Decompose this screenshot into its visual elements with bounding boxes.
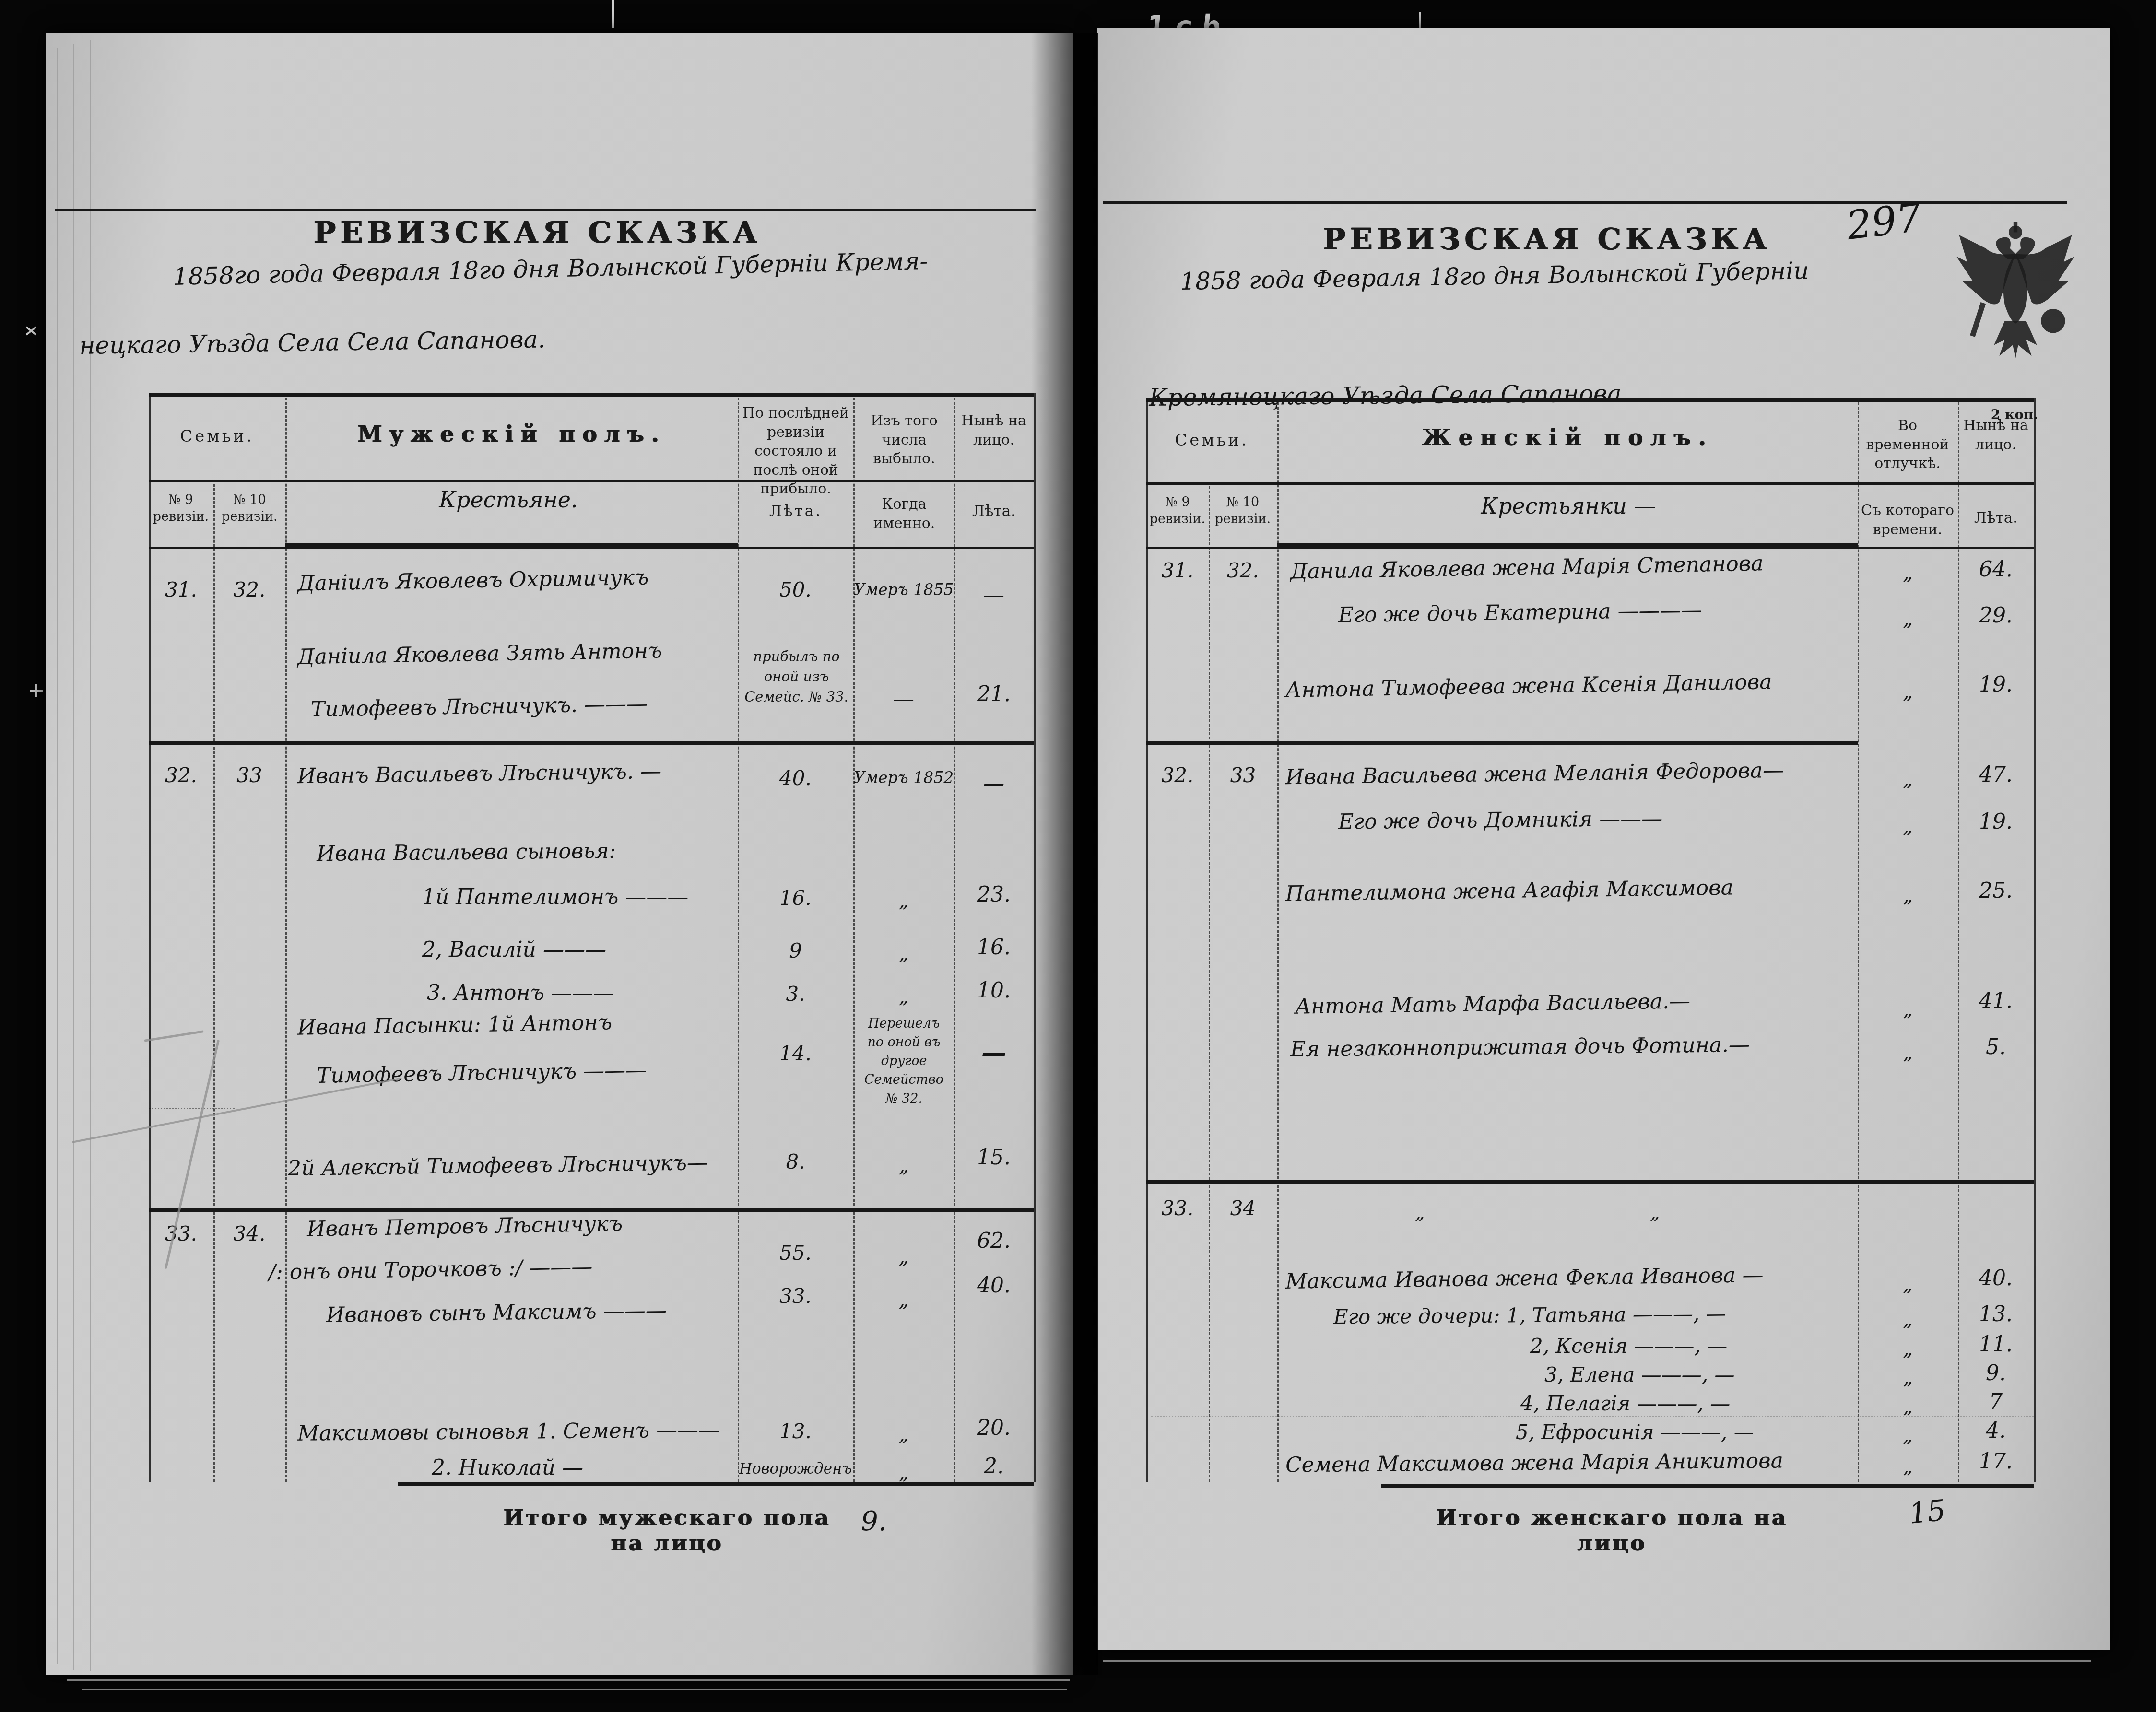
ditto-mark: „ bbox=[1858, 815, 1958, 837]
column-line bbox=[1277, 398, 1279, 1482]
age-value: 4. bbox=[1958, 1419, 2034, 1443]
age-value: 40. bbox=[1958, 1266, 2034, 1290]
age-value: 5. bbox=[1958, 1035, 2034, 1059]
col-estate-handwritten: Крестьянки — bbox=[1377, 493, 1760, 519]
age-last-revision: 16. bbox=[738, 886, 853, 910]
rev10-number: 33 bbox=[1209, 763, 1277, 787]
age-now: — bbox=[954, 771, 1034, 796]
entry-name: Его же дочь Домникія ——— bbox=[1338, 806, 1663, 834]
column-line bbox=[853, 393, 855, 1482]
family-separator bbox=[1146, 1180, 2034, 1184]
age-now: 20. bbox=[954, 1416, 1034, 1440]
age-value: 47. bbox=[1958, 762, 2034, 787]
col-estate-handwritten: Крестьяне. bbox=[345, 487, 672, 513]
ditto-mark: „ bbox=[1858, 1338, 1958, 1360]
page-total-value: 15 bbox=[1908, 1493, 1947, 1531]
age-last-revision: 8. bbox=[738, 1150, 853, 1173]
col-years2: Лѣта. bbox=[955, 503, 1032, 520]
age-last-revision: 9 bbox=[738, 939, 853, 962]
entry-name: 4, Пелагія ———, — bbox=[1520, 1392, 1730, 1415]
sheet-edge bbox=[82, 1689, 1067, 1690]
age-now: — bbox=[954, 583, 1034, 607]
arrival-note: прибылъ по оной изъ Семейс. № 33. bbox=[742, 646, 850, 707]
ditto-mark: „ bbox=[853, 890, 954, 912]
sheet-edge bbox=[57, 48, 58, 1664]
age-now: 40. bbox=[954, 1273, 1034, 1298]
rev9-number: 32. bbox=[149, 763, 213, 787]
header-place-line: Кремянецкаго Уѣзда Села Сапанова. bbox=[1149, 379, 1629, 411]
col-absence: Во временной отлучкѣ. bbox=[1860, 416, 1955, 473]
age-value: 13. bbox=[1958, 1302, 2034, 1326]
age-now: 10. bbox=[954, 978, 1034, 1003]
age-now: 62. bbox=[954, 1229, 1034, 1253]
entry-name: 3. Антонъ ——— bbox=[427, 981, 614, 1005]
column-line bbox=[1209, 482, 1210, 1482]
table-border bbox=[149, 393, 151, 1482]
departed-note: Умеръ 1855 bbox=[853, 580, 954, 599]
sheet-edge bbox=[73, 44, 74, 1670]
age-value: 64. bbox=[1958, 557, 2034, 582]
table-rule bbox=[149, 480, 1034, 482]
margin-speck bbox=[35, 684, 37, 697]
sheet-edge bbox=[90, 40, 91, 1671]
table-rule bbox=[1146, 398, 2034, 402]
col-years: Лѣта. bbox=[1959, 509, 2032, 527]
column-line bbox=[738, 393, 739, 1482]
age-now: — bbox=[954, 1038, 1034, 1067]
family-separator bbox=[1146, 741, 1858, 745]
page-number: 297 bbox=[1844, 195, 1924, 249]
age-last-revision: 13. bbox=[738, 1419, 853, 1443]
age-value: 41. bbox=[1958, 989, 2034, 1013]
age-value: 7 bbox=[1958, 1390, 2034, 1414]
col-last-revision: По послѣдней ревизіи состояло и послѣ он… bbox=[741, 404, 850, 499]
ditto-mark: „ bbox=[1858, 1455, 1958, 1477]
entry-name: Его же дочь Екатерина ———— bbox=[1338, 598, 1702, 628]
ditto-mark: „ bbox=[1858, 681, 1958, 703]
table-border bbox=[1034, 393, 1036, 1482]
ditto-mark: „ bbox=[1858, 998, 1958, 1020]
imperial-eagle-stamp-icon bbox=[1948, 222, 2083, 389]
ditto-mark: „ bbox=[853, 1462, 954, 1484]
column-line bbox=[285, 393, 287, 1482]
age-value: 19. bbox=[1958, 809, 2034, 834]
col-since: Съ котораго времени. bbox=[1860, 501, 1955, 539]
entry-name: 5, Ефросинія ———, — bbox=[1516, 1420, 1754, 1444]
age-last-revision: 50. bbox=[738, 578, 853, 601]
ditto-mark: „ bbox=[853, 985, 954, 1008]
col-present: Нынѣ на лицо. bbox=[1959, 416, 2032, 454]
entry-name: Иванъ Васильевъ Лѣсничукъ. — bbox=[297, 759, 662, 789]
rev10-number: 34. bbox=[213, 1222, 285, 1245]
table-rule bbox=[1146, 482, 2034, 485]
age-now: 21. bbox=[954, 682, 1034, 706]
scanned-revision-list-photo: 1cb РЕВИЗСКАЯ СКАЗКА 1858го года Февраля… bbox=[0, 0, 2156, 1712]
page-title: РЕВИЗСКАЯ СКАЗКА bbox=[1319, 222, 1775, 257]
entry-name: 2. Николай — bbox=[432, 1455, 583, 1480]
total-rule bbox=[1381, 1484, 2034, 1488]
ditto-mark: „ bbox=[853, 1423, 954, 1445]
entry-name: 2, Ксенія ———, — bbox=[1530, 1334, 1727, 1358]
rev9-number: 33. bbox=[149, 1222, 213, 1245]
age-now: 23. bbox=[954, 882, 1034, 907]
entry-name: 3, Елена ———, — bbox=[1544, 1363, 1734, 1386]
table-rule bbox=[1146, 547, 2034, 549]
col-present: Нынѣ на лицо. bbox=[955, 411, 1032, 449]
page-top-rule bbox=[55, 209, 1036, 211]
table-rule bbox=[149, 393, 1034, 397]
col-years: Лѣта. bbox=[741, 503, 850, 520]
family-separator bbox=[149, 741, 1034, 745]
table-border bbox=[2034, 398, 2036, 1482]
age-now: 2. bbox=[954, 1454, 1034, 1478]
entry-name: Ивановъ сынъ Максимъ ——— bbox=[326, 1298, 667, 1327]
ditto-mark: „ bbox=[1858, 1273, 1958, 1295]
col-when: Когда именно. bbox=[857, 495, 952, 533]
faint-dotted-line bbox=[149, 1108, 235, 1109]
ditto-mark: „ bbox=[1858, 562, 1958, 584]
table-rule bbox=[149, 547, 1034, 549]
ditto-mark: „ bbox=[1858, 1424, 1958, 1446]
film-tick-mark bbox=[612, 0, 614, 28]
ditto-mark: „ bbox=[1650, 1201, 1660, 1223]
age-now: 16. bbox=[954, 935, 1034, 960]
page-title: РЕВИЗСКАЯ СКАЗКА bbox=[307, 215, 767, 250]
col-rev10: № 10 ревизіи. bbox=[215, 492, 284, 525]
page-top-rule bbox=[1103, 201, 2067, 204]
age-value: 19. bbox=[1958, 672, 2034, 697]
ditto-mark: „ bbox=[853, 1246, 954, 1268]
age-value: 25. bbox=[1958, 879, 2034, 903]
age-value: 17. bbox=[1958, 1449, 2034, 1474]
ditto-mark: „ bbox=[853, 1289, 954, 1311]
col-family: Семьи. bbox=[1146, 431, 1277, 450]
page-total-label: Итого женскаго пола на лицо bbox=[1420, 1505, 1803, 1556]
entry-name: 2, Василій ——— bbox=[422, 938, 606, 962]
age-last-revision: 33. bbox=[738, 1284, 853, 1308]
age-value: 29. bbox=[1958, 603, 2034, 628]
col-departed: Изъ того числа выбыло. bbox=[857, 411, 952, 469]
page-total-value: 9. bbox=[861, 1506, 886, 1537]
departed-note: — bbox=[853, 687, 954, 711]
age-value: 9. bbox=[1958, 1361, 2034, 1385]
age-last-revision: 3. bbox=[738, 982, 853, 1006]
ditto-mark: „ bbox=[1858, 1308, 1958, 1330]
ditto-mark: „ bbox=[1858, 768, 1958, 790]
age-last-revision: 55. bbox=[738, 1241, 853, 1265]
ditto-mark: „ bbox=[1858, 608, 1958, 630]
rev10-number: 32. bbox=[1209, 559, 1277, 582]
col-sex: Мужескій полъ. bbox=[285, 421, 738, 447]
rev9-number: 31. bbox=[149, 578, 213, 601]
col-rev10: № 10 ревизіи. bbox=[1210, 494, 1276, 528]
sheet-edge bbox=[1103, 1660, 2091, 1662]
ditto-mark: „ bbox=[1415, 1201, 1425, 1223]
entry-name: 1й Пантелимонъ ——— bbox=[422, 885, 688, 909]
entry-label: Ивана Васильева сыновья: bbox=[317, 839, 616, 867]
entry-name: Семена Максимова жена Марія Аникитова bbox=[1285, 1448, 1783, 1477]
column-line bbox=[213, 480, 215, 1482]
entry-name: Его же дочери: 1, Татьяна ———, — bbox=[1333, 1302, 1726, 1328]
entry-name: Ея незаконноприжитая дочь Фотина.— bbox=[1290, 1032, 1750, 1062]
ditto-mark: „ bbox=[853, 942, 954, 964]
rev10-number: 34 bbox=[1209, 1196, 1277, 1220]
ditto-mark: „ bbox=[1858, 1395, 1958, 1418]
ditto-mark: „ bbox=[1858, 1042, 1958, 1064]
rev10-number: 33 bbox=[213, 763, 285, 787]
ditto-mark: „ bbox=[853, 1155, 954, 1177]
age-now: 15. bbox=[954, 1145, 1034, 1170]
departed-note: Умеръ 1852 bbox=[853, 768, 954, 787]
page-total-label: Итого мужескаго пола на лицо bbox=[499, 1505, 835, 1556]
col-family: Семьи. bbox=[149, 427, 285, 446]
age-last-revision: 14. bbox=[738, 1042, 853, 1065]
col-rev9: № 9 ревизіи. bbox=[1147, 494, 1208, 528]
rev9-number: 32. bbox=[1146, 763, 1209, 787]
rev10-number: 32. bbox=[213, 578, 285, 601]
rev9-number: 33. bbox=[1146, 1196, 1209, 1220]
age-last-revision: 40. bbox=[738, 766, 853, 790]
book-spine-shadow bbox=[1031, 33, 1098, 1675]
rev9-number: 31. bbox=[1146, 559, 1209, 582]
col-rev9: № 9 ревизіи. bbox=[150, 492, 212, 525]
age-value: 11. bbox=[1958, 1332, 2034, 1357]
col-sex: Женскій полъ. bbox=[1277, 424, 1858, 450]
ditto-mark: „ bbox=[1858, 885, 1958, 907]
table-rule bbox=[1277, 543, 1858, 547]
newborn-note: Новорожденъ bbox=[738, 1460, 853, 1477]
ditto-mark: „ bbox=[1858, 1367, 1958, 1389]
table-rule bbox=[285, 543, 738, 547]
sheet-edge bbox=[67, 1679, 1070, 1681]
entry-name: Максимовы сыновья 1. Семенъ ——— bbox=[297, 1418, 719, 1446]
transfer-note: Перешелъ по оной въ другое Семейство № 3… bbox=[860, 1014, 948, 1108]
